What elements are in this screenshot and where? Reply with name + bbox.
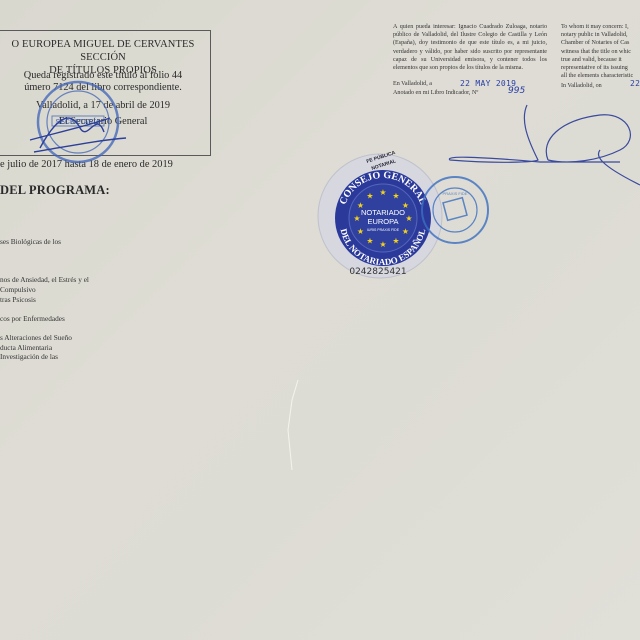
svg-text:0242825421: 0242825421 xyxy=(349,267,406,277)
notarial-eu-seal-icon: FE PÚBLICA NOTARIAL CONSEJO GENERAL DEL … xyxy=(318,149,442,278)
eu-star-icon: ★ xyxy=(379,240,386,249)
eu-star-icon: ★ xyxy=(405,214,412,223)
eu-star-icon: ★ xyxy=(366,237,373,246)
notary-signature xyxy=(449,105,640,185)
eu-star-icon: ★ xyxy=(353,214,360,223)
eu-star-icon: ★ xyxy=(392,237,399,246)
eu-star-icon: ★ xyxy=(379,188,386,197)
svg-text:PRAXIS FIDE: PRAXIS FIDE xyxy=(443,191,468,196)
svg-text:IURIS PRAXIS FIDE: IURIS PRAXIS FIDE xyxy=(367,228,400,232)
svg-text:EUROPA: EUROPA xyxy=(367,217,398,226)
eu-star-icon: ★ xyxy=(357,227,364,236)
document-graphics: SECRETARÍA FE PÚBLICA NOTARIAL CONSEJO G… xyxy=(0,0,640,640)
eu-star-icon: ★ xyxy=(366,191,373,200)
university-seal-icon: SECRETARÍA xyxy=(38,82,118,162)
svg-text:NOTARIADO: NOTARIADO xyxy=(361,208,405,217)
eu-star-icon: ★ xyxy=(402,227,409,236)
eu-star-icon: ★ xyxy=(392,191,399,200)
paper-crease xyxy=(288,380,298,470)
